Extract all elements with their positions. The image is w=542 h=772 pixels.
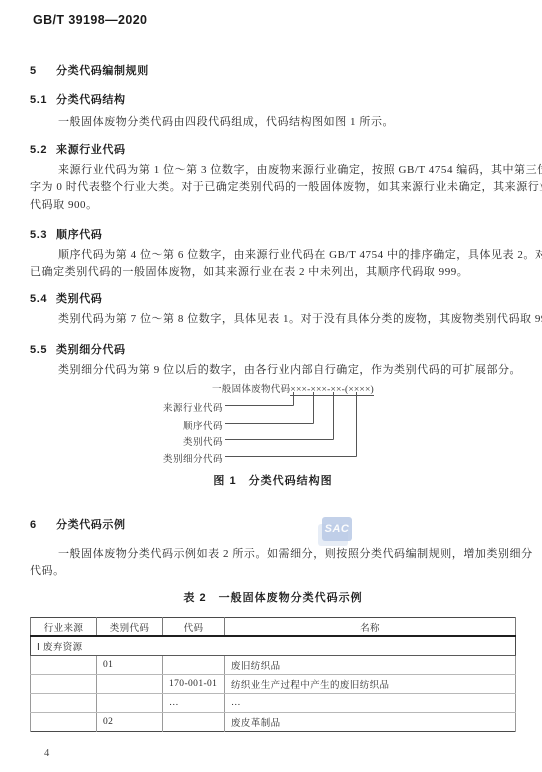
section-5-number: 5 — [30, 65, 56, 77]
section-5-4-heading: 5.4类别代码 — [30, 290, 512, 306]
sac-watermark-logo: SAC — [322, 517, 352, 541]
table-row: 01 废旧纺织品 — [31, 656, 516, 675]
figure-callout-category-subdivision-code: 类别细分代码 — [60, 451, 223, 465]
cell-category — [97, 675, 163, 694]
paragraph-5-2-line-2: 字为 0 时代表整个行业大类。对于已确定类别代码的一般固体废物，如其来源行业未确… — [30, 181, 512, 194]
table-2: 行业来源 类别代码 代码 名称 Ⅰ 废弃资源 01 废旧纺织品 170-001-… — [30, 617, 516, 732]
section-5-heading: 5分类代码编制规则 — [30, 62, 512, 78]
sac-watermark: SAC — [318, 515, 358, 547]
cell-code: … — [163, 694, 225, 713]
paragraph-5-1-line-1: 一般固体废物分类代码由四段代码组成，代码结构图如图 1 所示。 — [30, 116, 540, 129]
section-6-number: 6 — [30, 519, 56, 531]
paragraph-6-line-1: 一般固体废物分类代码示例如表 2 所示。如需细分，则按照分类代码编制规则，增加类… — [30, 548, 540, 561]
cell-industry — [31, 656, 97, 675]
table-group-row: Ⅰ 废弃资源 — [31, 636, 516, 656]
section-5-1-number: 5.1 — [30, 94, 56, 106]
paragraph-5-5-line-1: 类别细分代码为第 9 位以后的数字，由各行业内部自行确定，作为类别代码的可扩展部… — [30, 364, 540, 377]
section-5-title: 分类代码编制规则 — [56, 65, 149, 77]
group-row-label: Ⅰ 废弃资源 — [31, 636, 516, 656]
figure-1-caption: 图 1 分类代码结构图 — [30, 472, 516, 488]
cell-name: … — [225, 694, 516, 713]
figure-callout-sequence-code: 顺序代码 — [60, 418, 223, 432]
table-header-row: 行业来源 类别代码 代码 名称 — [31, 618, 516, 637]
cell-name: 废旧纺织品 — [225, 656, 516, 675]
section-5-2-title: 来源行业代码 — [56, 144, 126, 156]
section-5-5-number: 5.5 — [30, 344, 56, 356]
cell-industry — [31, 713, 97, 732]
cell-name: 废皮革制品 — [225, 713, 516, 732]
cell-industry — [31, 694, 97, 713]
cell-code: 170-001-01 — [163, 675, 225, 694]
cell-category: 01 — [97, 656, 163, 675]
paragraph-6-line-2: 代码。 — [30, 565, 512, 578]
page-number: 4 — [44, 748, 49, 759]
table-row: … … — [31, 694, 516, 713]
table-row: 02 废皮革制品 — [31, 713, 516, 732]
cell-category: 02 — [97, 713, 163, 732]
table-row: 170-001-01 纺织业生产过程中产生的废旧纺织品 — [31, 675, 516, 694]
column-header-industry-source: 行业来源 — [31, 618, 97, 637]
column-header-category-code: 类别代码 — [97, 618, 163, 637]
section-5-1-title: 分类代码结构 — [56, 94, 126, 106]
section-5-3-title: 顺序代码 — [56, 229, 102, 241]
section-5-3-heading: 5.3顺序代码 — [30, 226, 512, 242]
figure-callout-category-code: 类别代码 — [60, 434, 223, 448]
cell-industry — [31, 675, 97, 694]
column-header-name: 名称 — [225, 618, 516, 637]
section-5-4-number: 5.4 — [30, 293, 56, 305]
cell-code — [163, 656, 225, 675]
paragraph-5-4-line-1: 类别代码为第 7 位～第 8 位数字，具体见表 1。对于没有具体分类的废物，其废… — [30, 313, 540, 326]
section-5-5-heading: 5.5类别细分代码 — [30, 341, 512, 357]
paragraph-5-2-line-1: 来源行业代码为第 1 位～第 3 位数字，由废物来源行业确定，按照 GB/T 4… — [30, 164, 540, 177]
section-5-2-number: 5.2 — [30, 144, 56, 156]
section-5-4-title: 类别代码 — [56, 293, 102, 305]
section-6-heading: 6分类代码示例 — [30, 516, 512, 532]
section-5-1-heading: 5.1分类代码结构 — [30, 91, 512, 107]
section-5-2-heading: 5.2来源行业代码 — [30, 141, 512, 157]
column-header-code: 代码 — [163, 618, 225, 637]
paragraph-5-2-line-3: 代码取 900。 — [30, 199, 512, 212]
paragraph-5-3-line-2: 已确定类别代码的一般固体废物，如其来源行业在表 2 中未列出，其顺序代码取 99… — [30, 266, 512, 279]
section-5-3-number: 5.3 — [30, 229, 56, 241]
section-5-5-title: 类别细分代码 — [56, 344, 126, 356]
document-page: GB/T 39198—2020 5分类代码编制规则 5.1分类代码结构 一般固体… — [0, 0, 542, 772]
section-6-title: 分类代码示例 — [56, 519, 126, 531]
cell-code — [163, 713, 225, 732]
cell-category — [97, 694, 163, 713]
figure-callout-source-industry-code: 来源行业代码 — [60, 400, 223, 414]
table-2-caption: 表 2 一般固体废物分类代码示例 — [30, 589, 516, 605]
standard-number: GB/T 39198—2020 — [33, 13, 147, 27]
cell-name: 纺织业生产过程中产生的废旧纺织品 — [225, 675, 516, 694]
paragraph-5-3-line-1: 顺序代码为第 4 位～第 6 位数字，由来源行业代码在 GB/T 4754 中的… — [30, 249, 540, 262]
